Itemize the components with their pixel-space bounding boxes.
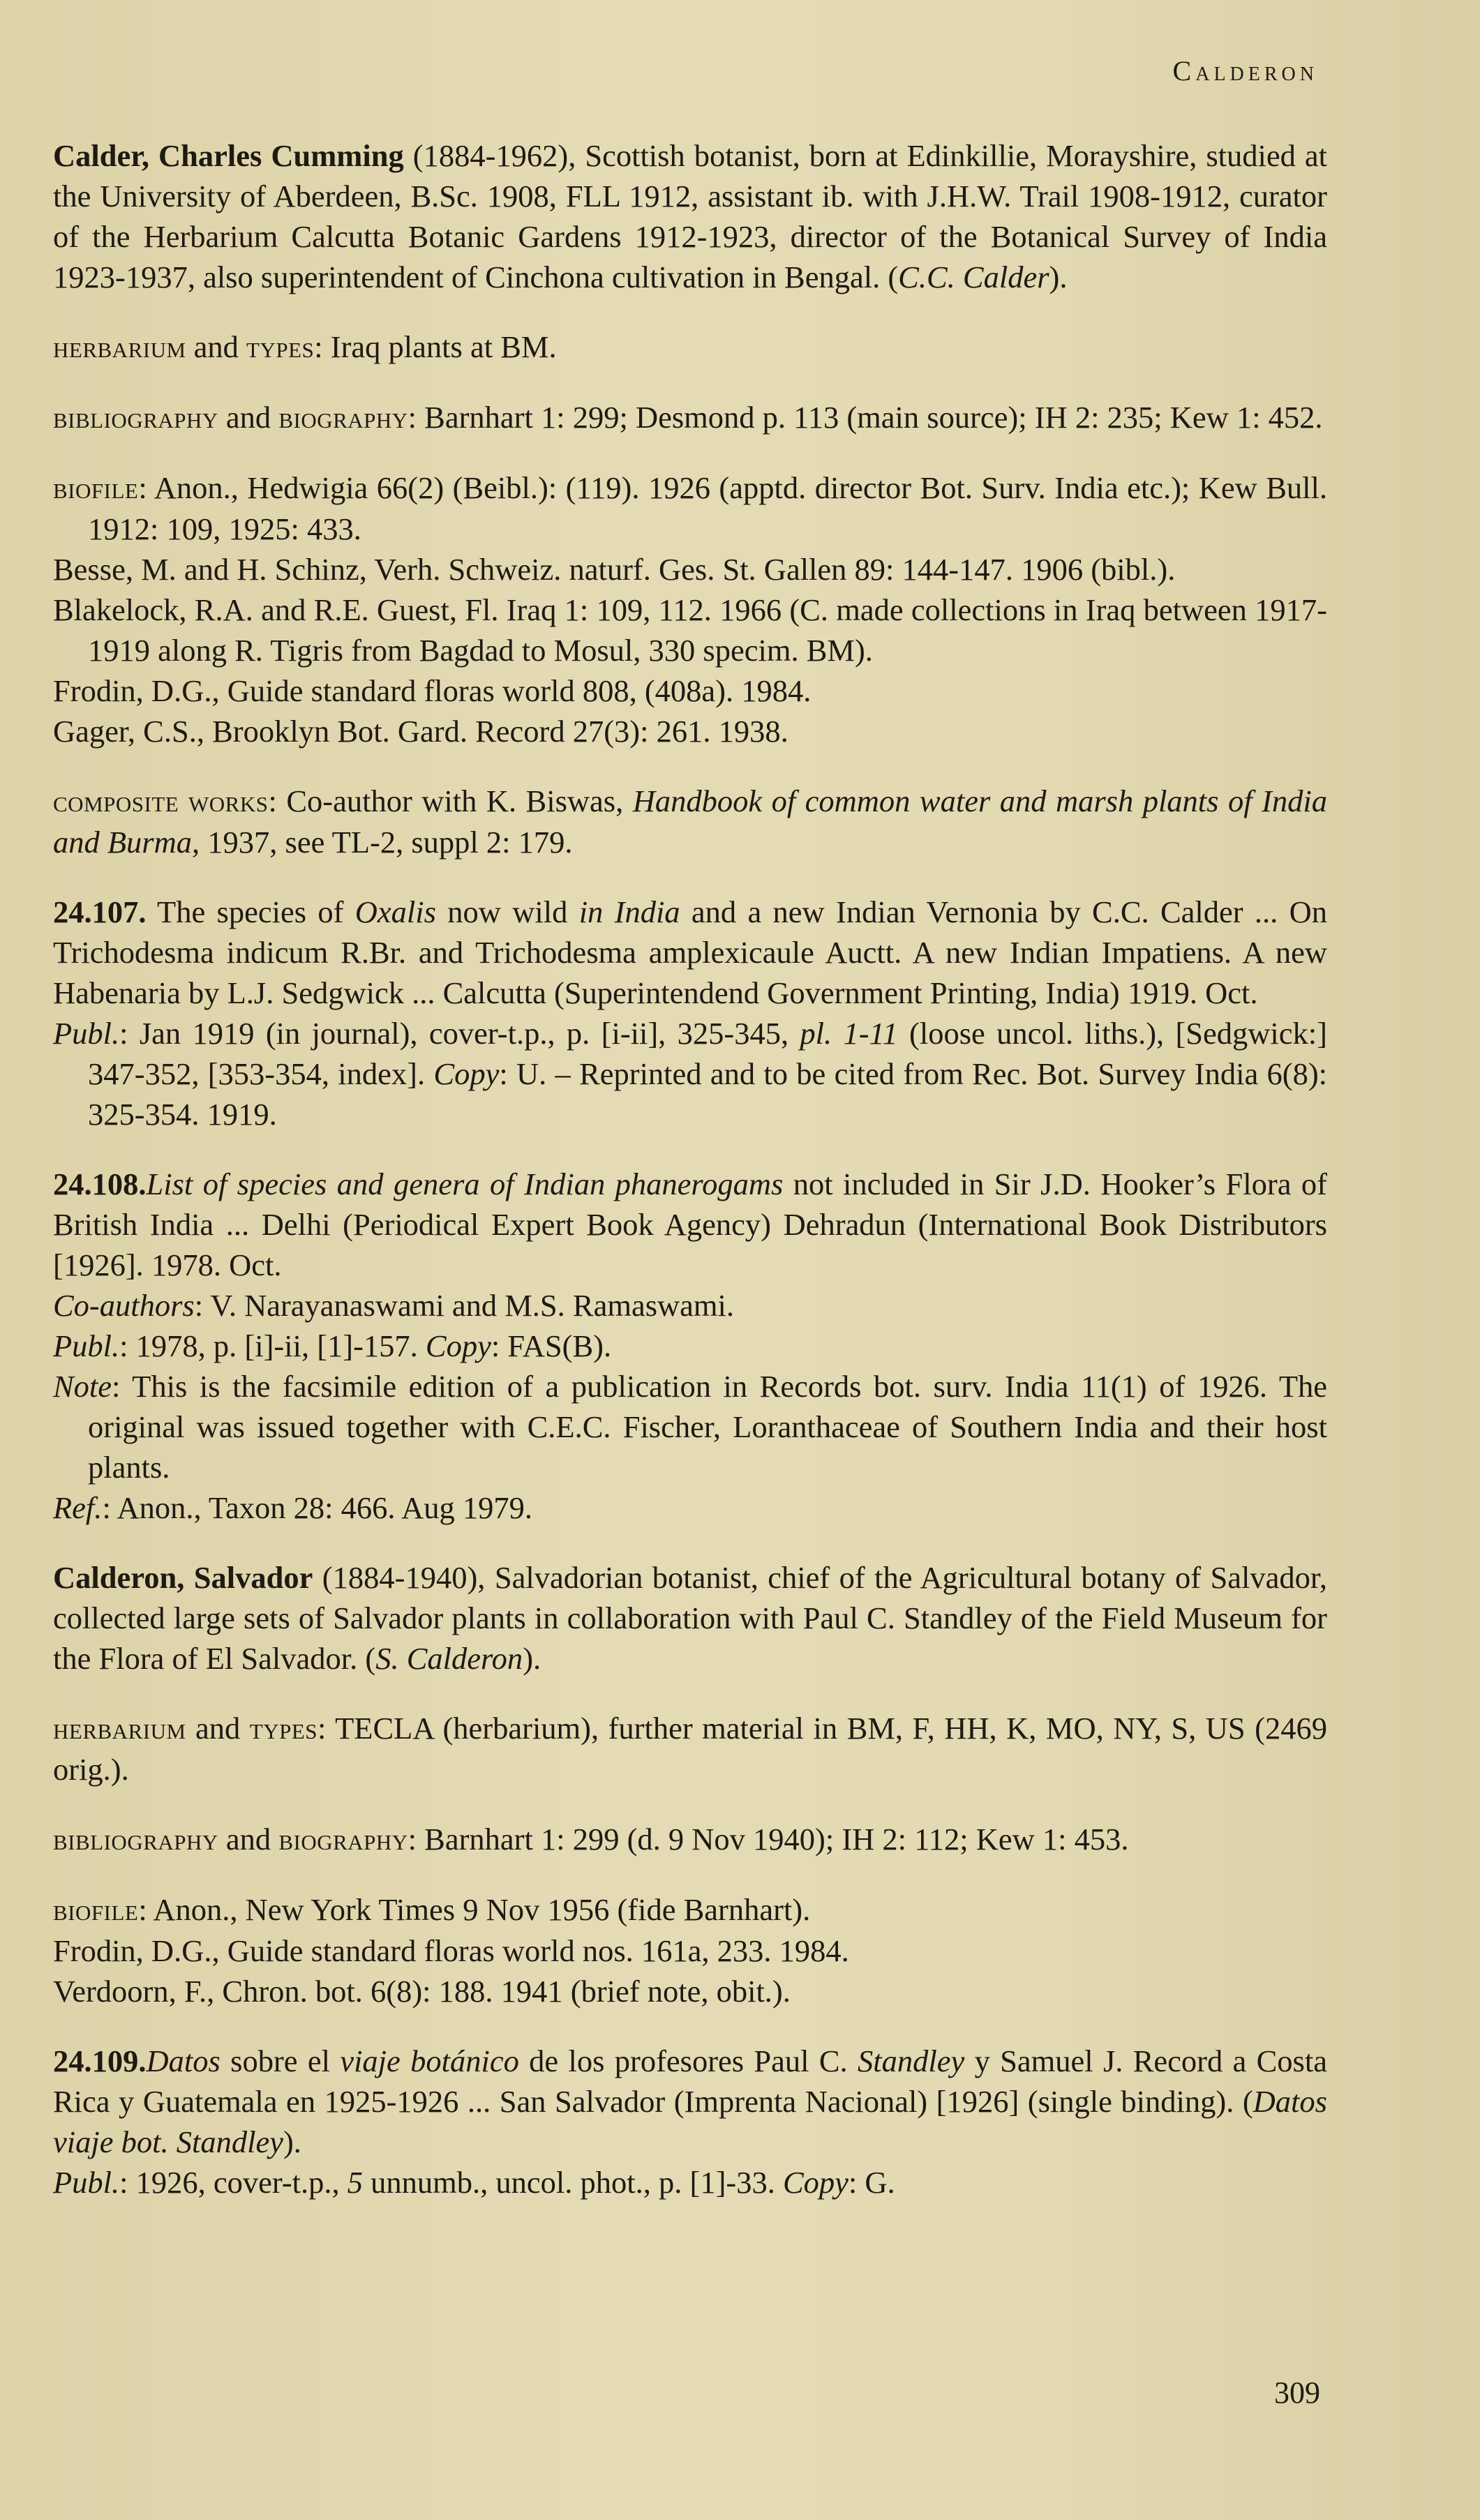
copy-label: Copy [433,1056,499,1091]
work-title-italic: Datos [147,2043,220,2078]
herbarium-section: HERBARIUM and TYPES: Iraq plants at BM. [53,327,1327,368]
label-conj: and [186,1711,250,1746]
label-conj: and [218,1822,279,1857]
entry-calderon-intro: Calderon, Salvador (1884-1940), Salvador… [53,1557,1327,1679]
herbarium-text: : Iraq plants at BM. [314,329,556,364]
work-title-italic: Standley [858,2043,964,2078]
bibliography-text: : Barnhart 1: 299; Desmond p. 113 (main … [408,400,1323,435]
publ-text: : 1978, p. [i]-ii, [1]-157. [119,1328,426,1363]
biofile-item: Besse, M. and H. Schinz, Verh. Schweiz. … [53,549,1327,590]
coauthors-label: Co-authors [53,1288,195,1323]
composite-works-section: COMPOSITE WORKS: Co-author with K. Biswa… [53,781,1327,862]
work-title-text: now wild [436,894,579,929]
publ-text: : FAS(B). [491,1328,611,1363]
publ-label: Publ. [53,1328,119,1363]
page-number: 309 [1274,2375,1320,2410]
work-24-108: 24.108.List of species and genera of Ind… [53,1164,1327,1528]
author-name: Calderon, Salvador [53,1560,313,1595]
biofile-item: Frodin, D.G., Guide standard floras worl… [53,670,1327,711]
work-24-107: 24.107. The species of Oxalis now wild i… [53,892,1327,1134]
biofile-item: : Anon., New York Times 9 Nov 1956 (fide… [138,1892,810,1927]
section-label: BIBLIOGRAPHY [53,1822,218,1857]
composite-text: : Co-author with K. Biswas, [269,783,633,818]
bibliography-section: BIBLIOGRAPHY and BIOGRAPHY: Barnhart 1: … [53,397,1327,438]
work-title-text: ). [283,2124,301,2159]
work-number: 24.107. [53,894,147,929]
ref-text: : Anon., Taxon 28: 466. Aug 1979. [102,1490,532,1525]
work-title-text: de los profesores Paul C. [519,2043,858,2078]
author-abbreviation: S. Calderon [375,1641,523,1676]
biofile-item: : Anon., Hedwigia 66(2) (Beibl.): (119).… [88,470,1327,546]
work-title-text: The species of [147,894,355,929]
ref-label: Ref. [53,1490,102,1525]
publ-italic: 5 [347,2165,363,2200]
punct: ). [523,1641,541,1676]
publ-text: : 1926, cover-t.p., [119,2165,347,2200]
label-conj: and [218,400,279,435]
author-abbreviation: C.C. Calder [898,260,1049,294]
work-number: 24.109. [53,2043,147,2078]
composite-text: , 1937, see TL-2, suppl 2: 179. [192,825,573,860]
section-label: BIOGRAPHY [278,1822,408,1857]
work-title-italic: viaje botánico [340,2043,519,2078]
work-title-italic: in India [579,894,680,929]
entry-calder-intro: Calder, Charles Cumming (1884-1962), Sco… [53,135,1327,297]
plates-italic: pl. 1-11 [800,1016,897,1051]
section-label: BIOFILE [53,471,138,505]
label-conj: and [186,329,247,364]
running-head: Calderon [1173,54,1318,87]
publ-label: Publ. [53,1016,119,1051]
section-label: HERBARIUM [53,1711,186,1746]
copy-label: Copy [783,2165,849,2200]
section-label: TYPES [250,1711,317,1746]
biofile-item: Frodin, D.G., Guide standard floras worl… [53,1930,1327,1971]
copy-label: Copy [426,1328,491,1363]
publ-text: : Jan 1919 (in journal), cover-t.p., p. … [119,1016,800,1051]
section-label: HERBARIUM [53,330,186,364]
bibliography-section: BIBLIOGRAPHY and BIOGRAPHY: Barnhart 1: … [53,1819,1327,1860]
section-label: COMPOSITE WORKS [53,784,269,818]
biofile-item: Verdoorn, F., Chron. bot. 6(8): 188. 194… [53,1971,1327,2011]
publ-label: Publ. [53,2165,119,2200]
section-label: TYPES [246,330,314,364]
work-title-text: sobre el [220,2043,340,2078]
page-body: Calder, Charles Cumming (1884-1962), Sco… [53,135,1327,2232]
biofile-item: Blakelock, R.A. and R.E. Guest, Fl. Iraq… [53,590,1327,670]
punct: ). [1049,260,1068,294]
biofile-section: BIOFILE: Anon., New York Times 9 Nov 195… [53,1889,1327,2011]
biofile-section: BIOFILE: Anon., Hedwigia 66(2) (Beibl.):… [53,467,1327,751]
bibliography-text: : Barnhart 1: 299 (d. 9 Nov 1940); IH 2:… [408,1822,1129,1857]
work-number: 24.108. [53,1167,147,1201]
note-text: : This is the facsimile edition of a pub… [88,1369,1327,1485]
section-label: BIOGRAPHY [278,400,408,435]
author-name: Calder, Charles Cumming [53,138,404,173]
publ-text: unnumb., uncol. phot., p. [1]-33. [363,2165,783,2200]
work-title-italic: Oxalis [355,894,436,929]
work-24-109: 24.109.Datos sobre el viaje botánico de … [53,2041,1327,2203]
section-label: BIBLIOGRAPHY [53,400,218,435]
biofile-item: Gager, C.S., Brooklyn Bot. Gard. Record … [53,711,1327,751]
publ-text: : G. [849,2165,895,2200]
work-title-italic: List of species and genera of Indian pha… [147,1167,784,1201]
herbarium-section: HERBARIUM and TYPES: TECLA (herbarium), … [53,1708,1327,1790]
section-label: BIOFILE [53,1893,138,1927]
note-label: Note [53,1369,112,1404]
coauthors-text: : V. Narayanaswami and M.S. Ramaswami. [195,1288,734,1323]
